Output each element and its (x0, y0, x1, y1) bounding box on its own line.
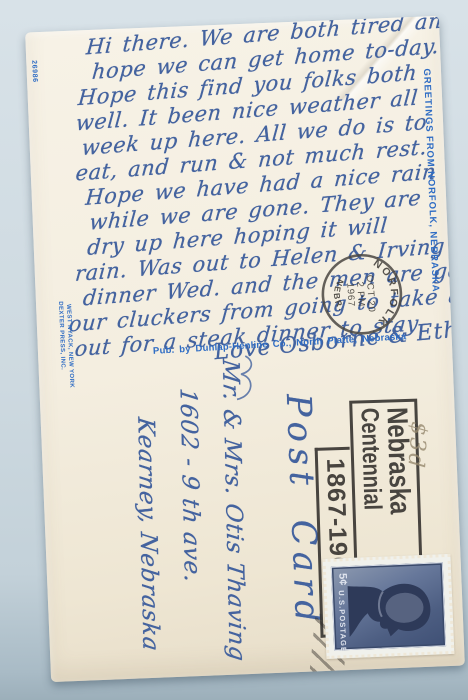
pencil-price-note-wrap: $3d (413, 423, 435, 484)
washington-portrait (341, 562, 446, 650)
printer-credit: DEXTER PRESS, INC.WEST NYACK, NEW YORK (54, 301, 75, 380)
address-line: Mr. & Mrs. Otis Thaving (208, 357, 258, 652)
address-line: 1602 - 9 th ave. (166, 386, 215, 653)
pencil-price-note: $3d (402, 421, 431, 471)
address-line: Kearney, Nebraska (123, 415, 171, 654)
slogan-line2: Centennial (356, 403, 387, 563)
postage-stamp: 5¢ U.S.POSTAGE (322, 554, 454, 659)
photo-background: 26986 Hi there. We are both tired andhop… (0, 0, 468, 700)
print-serial-number: 26986 (30, 60, 38, 83)
postmark-dial: NORFOLK NEBR. OCT 20 2 PM 1967 (318, 250, 407, 339)
postmark-year: 1967 (344, 282, 356, 307)
print-serial: 26986 (28, 60, 40, 122)
recipient-address: Mr. & Mrs. Otis Thaving1602 - 9 th ave.K… (121, 359, 258, 652)
postmark: NORFOLK NEBR. OCT 20 2 PM 1967 (318, 250, 407, 339)
stamp-panel: 5¢ U.S.POSTAGE (331, 562, 446, 650)
postcard: 26986 Hi there. We are both tired andhop… (25, 16, 465, 682)
stamp-denomination: 5¢ (336, 573, 348, 586)
